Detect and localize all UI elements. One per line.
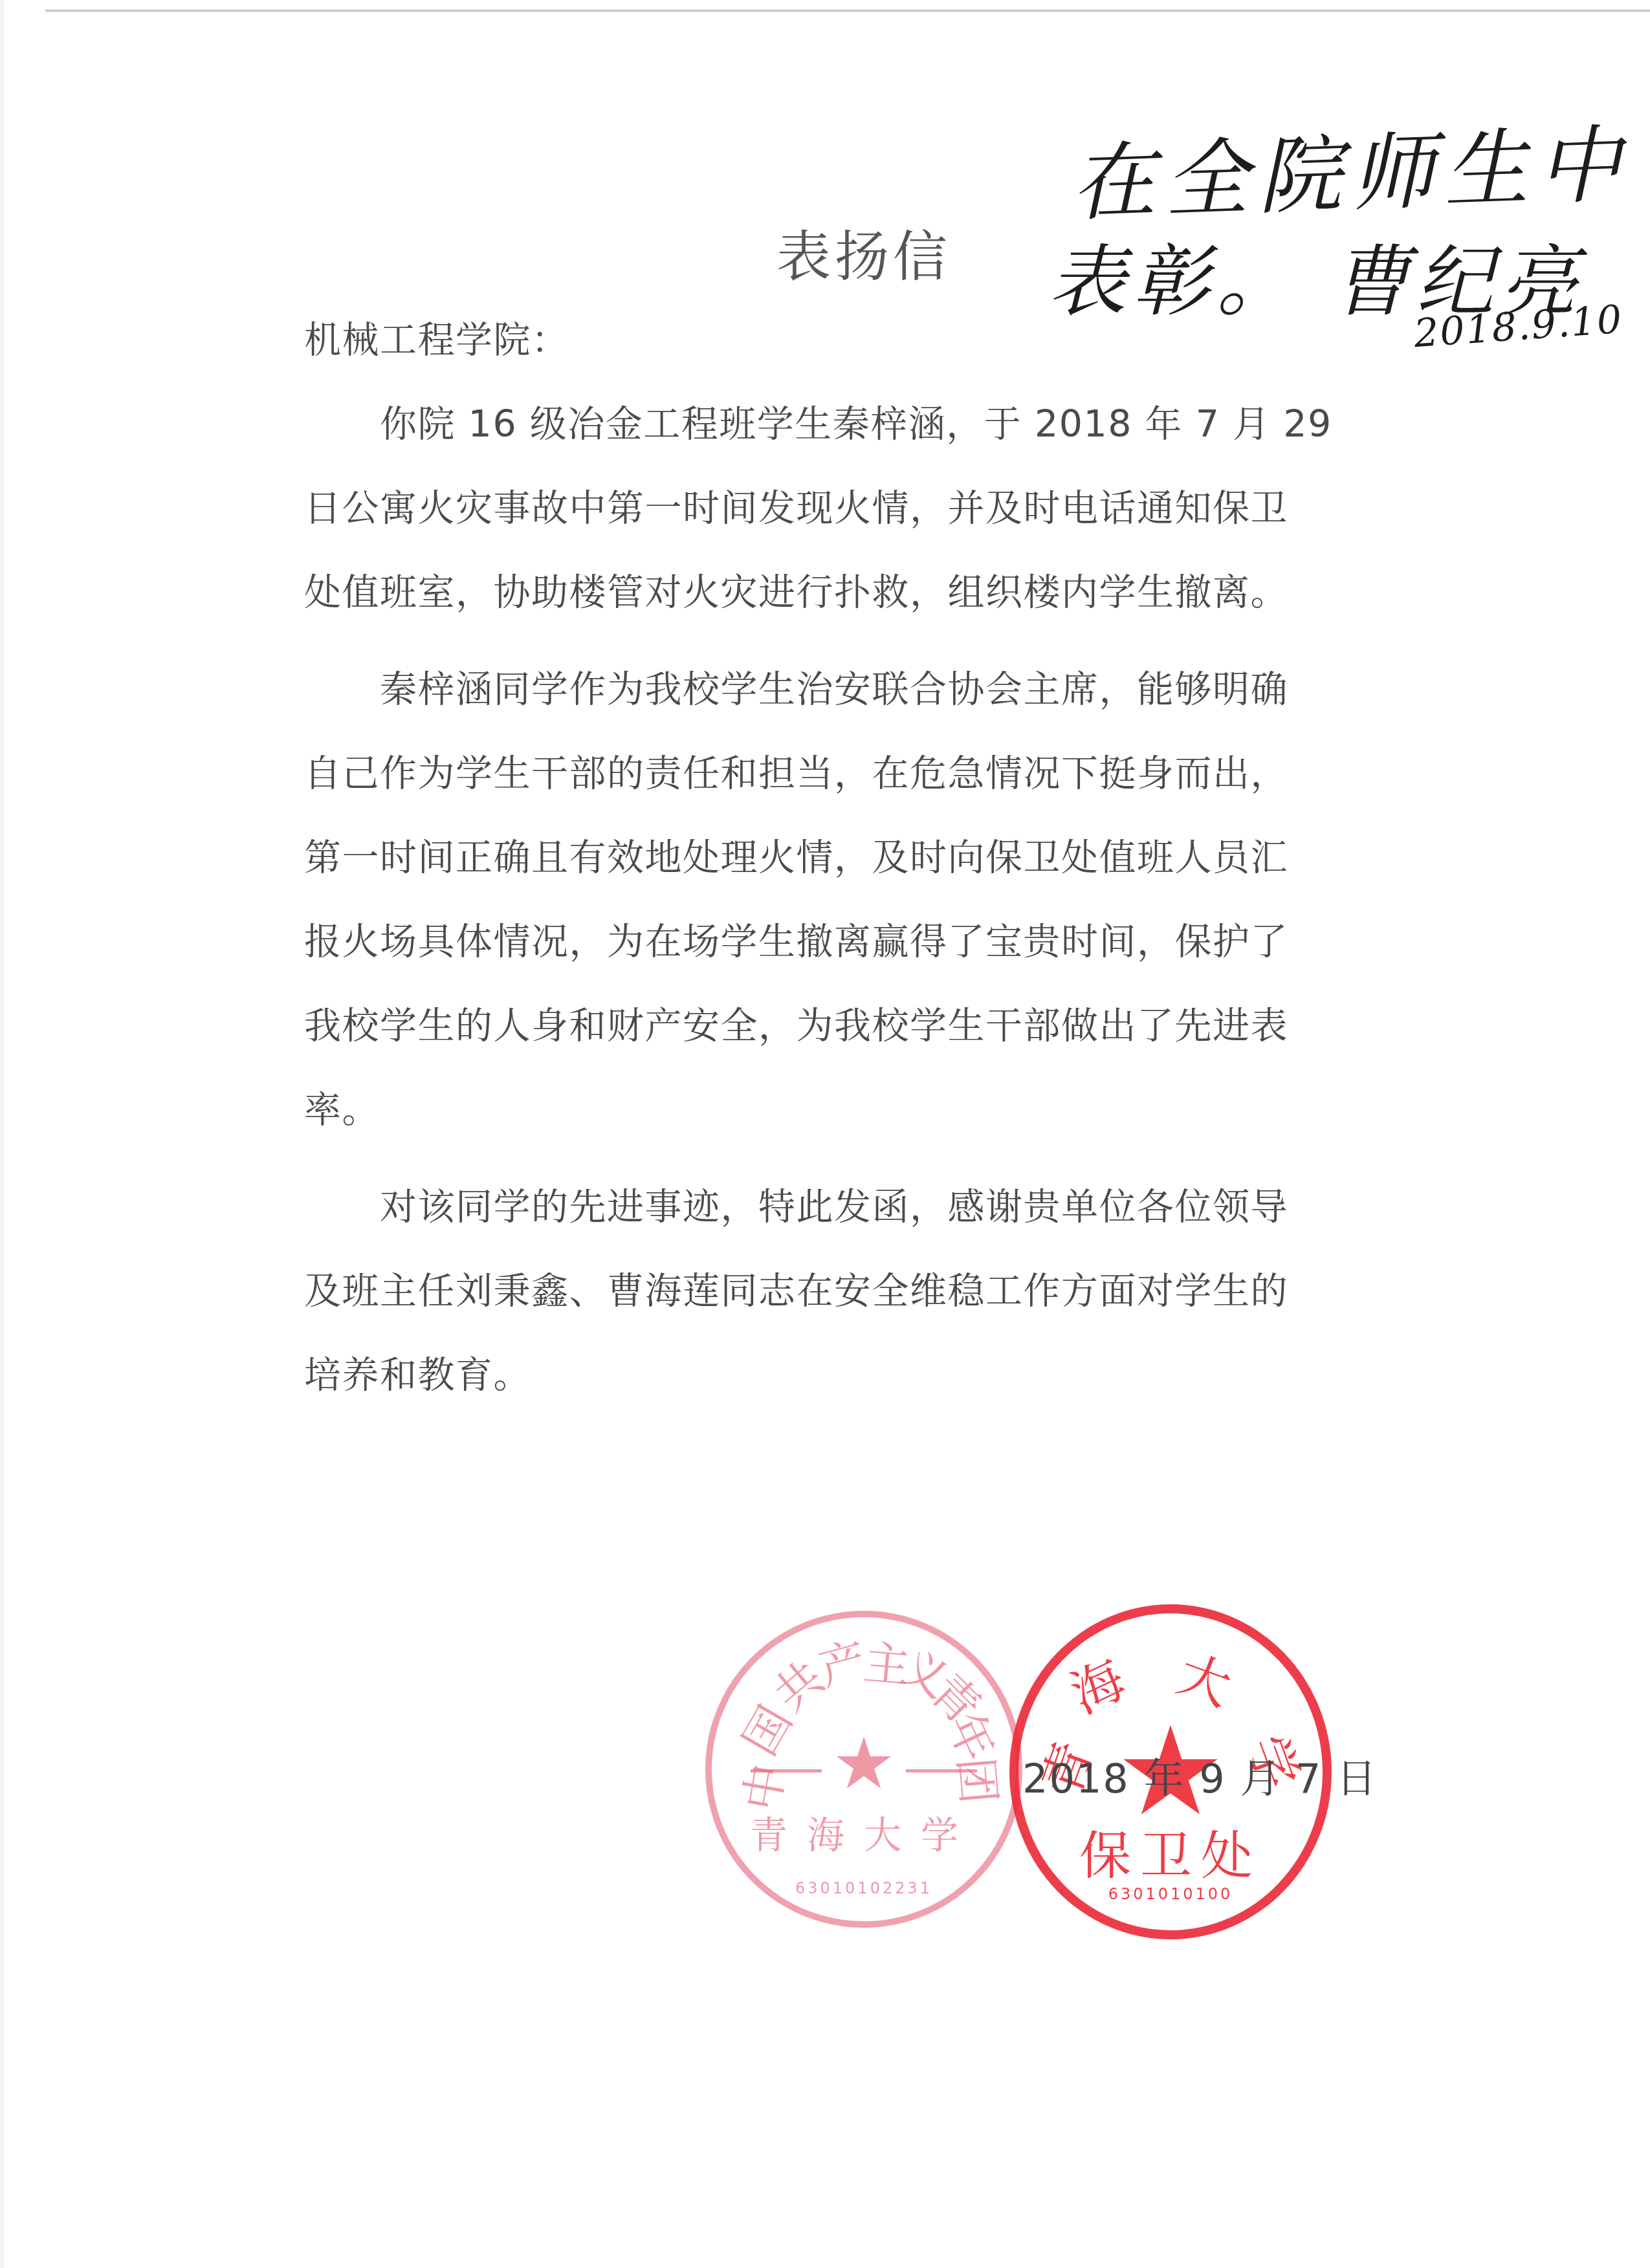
body-line: 自己作为学生干部的责任和担当，在危急情况下挺身而出， — [304, 744, 1288, 797]
body-line: 及班主任刘秉鑫、曹海莲同志在安全维稳工作方面对学生的 — [304, 1261, 1288, 1314]
youth-league-stamp: 中 国 共 产 主 义 青 年 团 ★ 青海大学 63010102231 — [705, 1611, 1022, 1928]
stamp-bar-right — [906, 1769, 977, 1772]
stamp-char: 团 — [945, 1754, 1017, 1807]
body-line: 第一时间正确且有效地处理火情，及时向保卫处值班人员汇 — [304, 828, 1288, 881]
body-line: 培养和教育。 — [304, 1346, 531, 1399]
body-line: 报火场具体情况，为在场学生撤离赢得了宝贵时间，保护了 — [304, 912, 1288, 965]
letter-date: 2018 年 9 月 7 日 — [1022, 1747, 1378, 1804]
star-icon: ★ — [832, 1728, 896, 1799]
body-line: 处值班室，协助楼管对火灾进行扑救，组织楼内学生撤离。 — [304, 563, 1288, 616]
stamp-bar-left — [751, 1769, 822, 1772]
body-line: 我校学生的人身和财产安全，为我校学生干部做出了先进表 — [304, 996, 1288, 1049]
stamp-bottom-text: 青海大学 — [750, 1805, 978, 1859]
body-line: 日公寓火灾事故中第一时间发现火情，并及时电话通知保卫 — [304, 479, 1288, 532]
stamp-number: 6301010100 — [1108, 1885, 1233, 1903]
body-line: 你院 16 级冶金工程班学生秦梓涵，于 2018 年 7 月 29 — [304, 395, 1332, 448]
salutation: 机械工程学院： — [304, 311, 569, 364]
body-line: 秦梓涵同学作为我校学生治安联合协会主席，能够明确 — [304, 660, 1288, 713]
stamp-bottom-text: 保卫处 — [1079, 1814, 1262, 1888]
stamp-number: 63010102231 — [795, 1879, 932, 1897]
handwritten-note-line1: 在全院师生中 — [1069, 97, 1632, 237]
letter-title: 表扬信 — [776, 213, 951, 292]
letter-page: 在全院师生中 表彰。 曹纪亮 2018.9.10 表扬信 机械工程学院： 你院 … — [0, 0, 1650, 2268]
body-line: 对该同学的先进事迹，特此发函，感谢贵单位各位领导 — [304, 1177, 1288, 1230]
body-line: 率。 — [304, 1080, 380, 1133]
